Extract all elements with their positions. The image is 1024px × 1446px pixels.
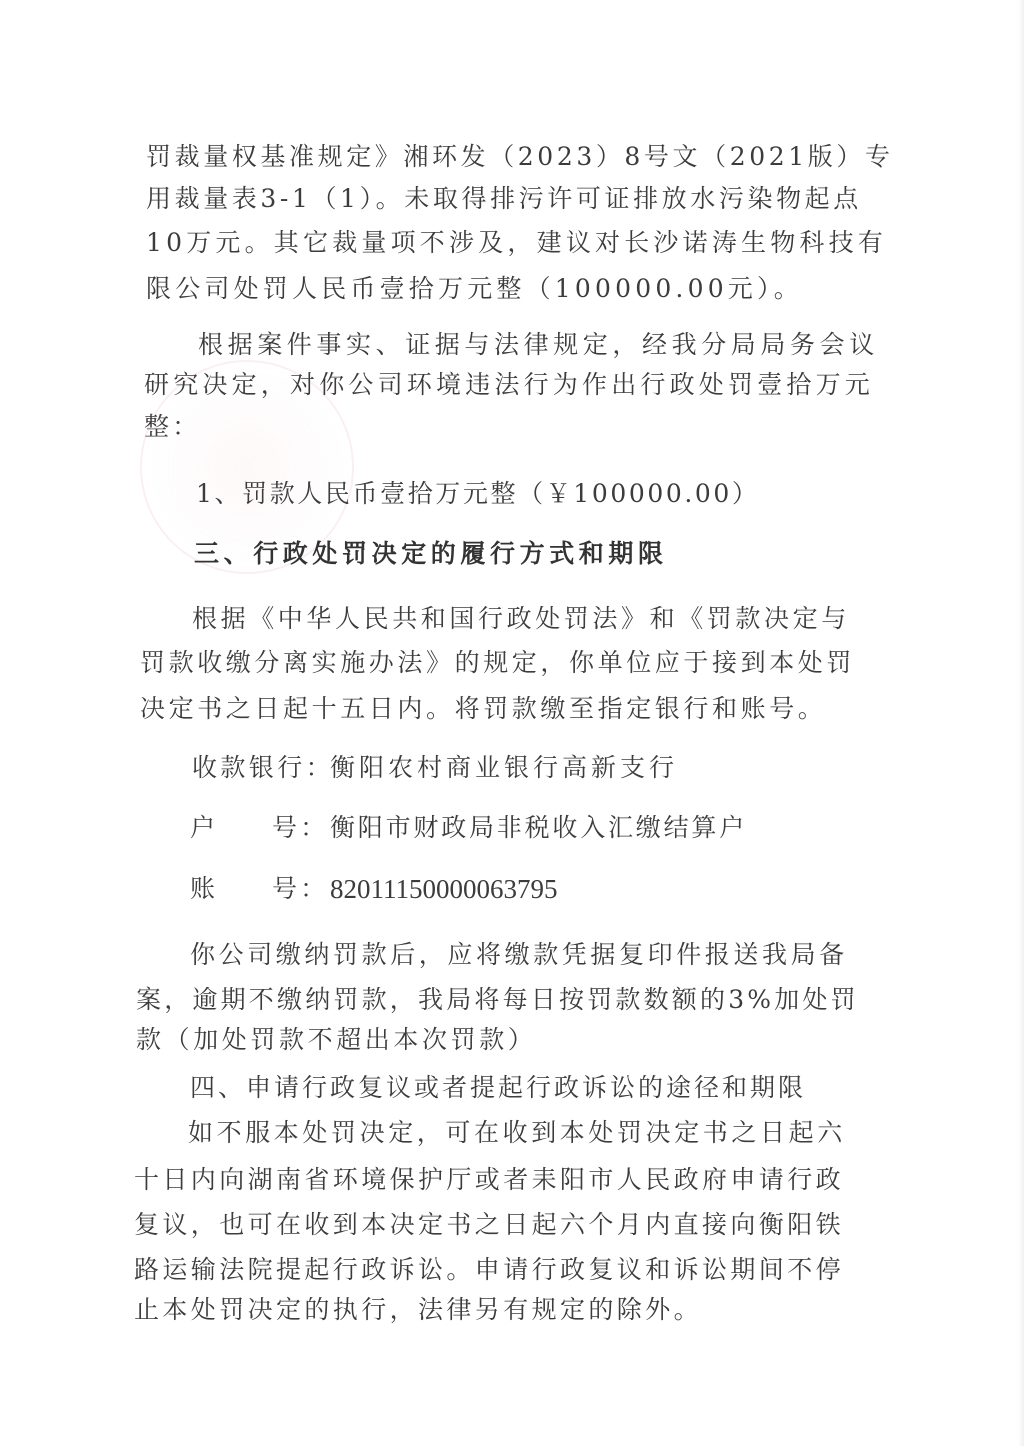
penalty-item: 1、罚款人民币壹拾万元整（￥100000.00） — [196, 478, 760, 510]
text-line: 止本处罚决定的执行，法律另有规定的除外。 — [134, 1294, 702, 1326]
text-line: 根据《中华人民共和国行政处罚法》和《罚款决定与 — [192, 603, 850, 635]
section-heading: 四、申请行政复议或者提起行政诉讼的途径和期限 — [190, 1072, 806, 1104]
account-name-label: 号： — [272, 812, 328, 844]
text-line: 10万元。其它裁量项不涉及，建议对长沙诺涛生物科技有 — [146, 227, 887, 259]
account-name-label: 户 — [190, 812, 218, 844]
text-line: 整： — [144, 411, 200, 443]
text-line: 限公司处罚人民币壹拾万元整（100000.00元）。 — [146, 273, 803, 305]
section-heading: 三、行政处罚决定的履行方式和期限 — [194, 538, 668, 570]
text-line: 如不服本处罚决定，可在收到本处罚决定书之日起六 — [188, 1117, 846, 1149]
scan-edge-shadow — [1018, 0, 1024, 1446]
text-line: 罚裁量权基准规定》湘环发（2023）8号文（2021版）专 — [146, 141, 894, 173]
document-page: 罚裁量权基准规定》湘环发（2023）8号文（2021版）专 用裁量表3-1（1）… — [0, 0, 1024, 1446]
text-line: 复议，也可在收到本决定书之日起六个月内直接向衡阳铁 — [134, 1209, 844, 1241]
text-line: 十日内向湖南省环境保护厅或者耒阳市人民政府申请行政 — [134, 1164, 844, 1196]
bank-label: 收款银行： — [192, 752, 334, 784]
account-number-label: 账 — [190, 873, 218, 905]
text-line: 路运输法院提起行政诉讼。申请行政复议和诉讼期间不停 — [134, 1254, 844, 1286]
text-line: 用裁量表3-1（1）。未取得排污许可证排放水污染物起点 — [146, 183, 862, 215]
text-line: 款（加处罚款不超出本次罚款） — [136, 1024, 536, 1056]
text-line: 案，逾期不缴纳罚款，我局将每日按罚款数额的3%加处罚 — [136, 984, 859, 1016]
account-name-value: 衡阳市财政局非税收入汇缴结算户 — [330, 812, 747, 844]
text-line: 决定书之日起十五日内。将罚款缴至指定银行和账号。 — [140, 693, 826, 725]
account-number-label: 号： — [272, 873, 328, 905]
text-line: 你公司缴纳罚款后，应将缴款凭据复印件报送我局备 — [190, 939, 848, 971]
account-number-value: 82011150000063795 — [330, 873, 558, 905]
text-line: 研究决定，对你公司环境违法行为作出行政处罚壹拾万元 — [144, 369, 874, 401]
text-line: 根据案件事实、证据与法律规定，经我分局局务会议 — [198, 329, 879, 361]
bank-value: 衡阳农村商业银行高新支行 — [330, 752, 678, 784]
text-line: 罚款收缴分离实施办法》的规定，你单位应于接到本处罚 — [140, 647, 855, 679]
